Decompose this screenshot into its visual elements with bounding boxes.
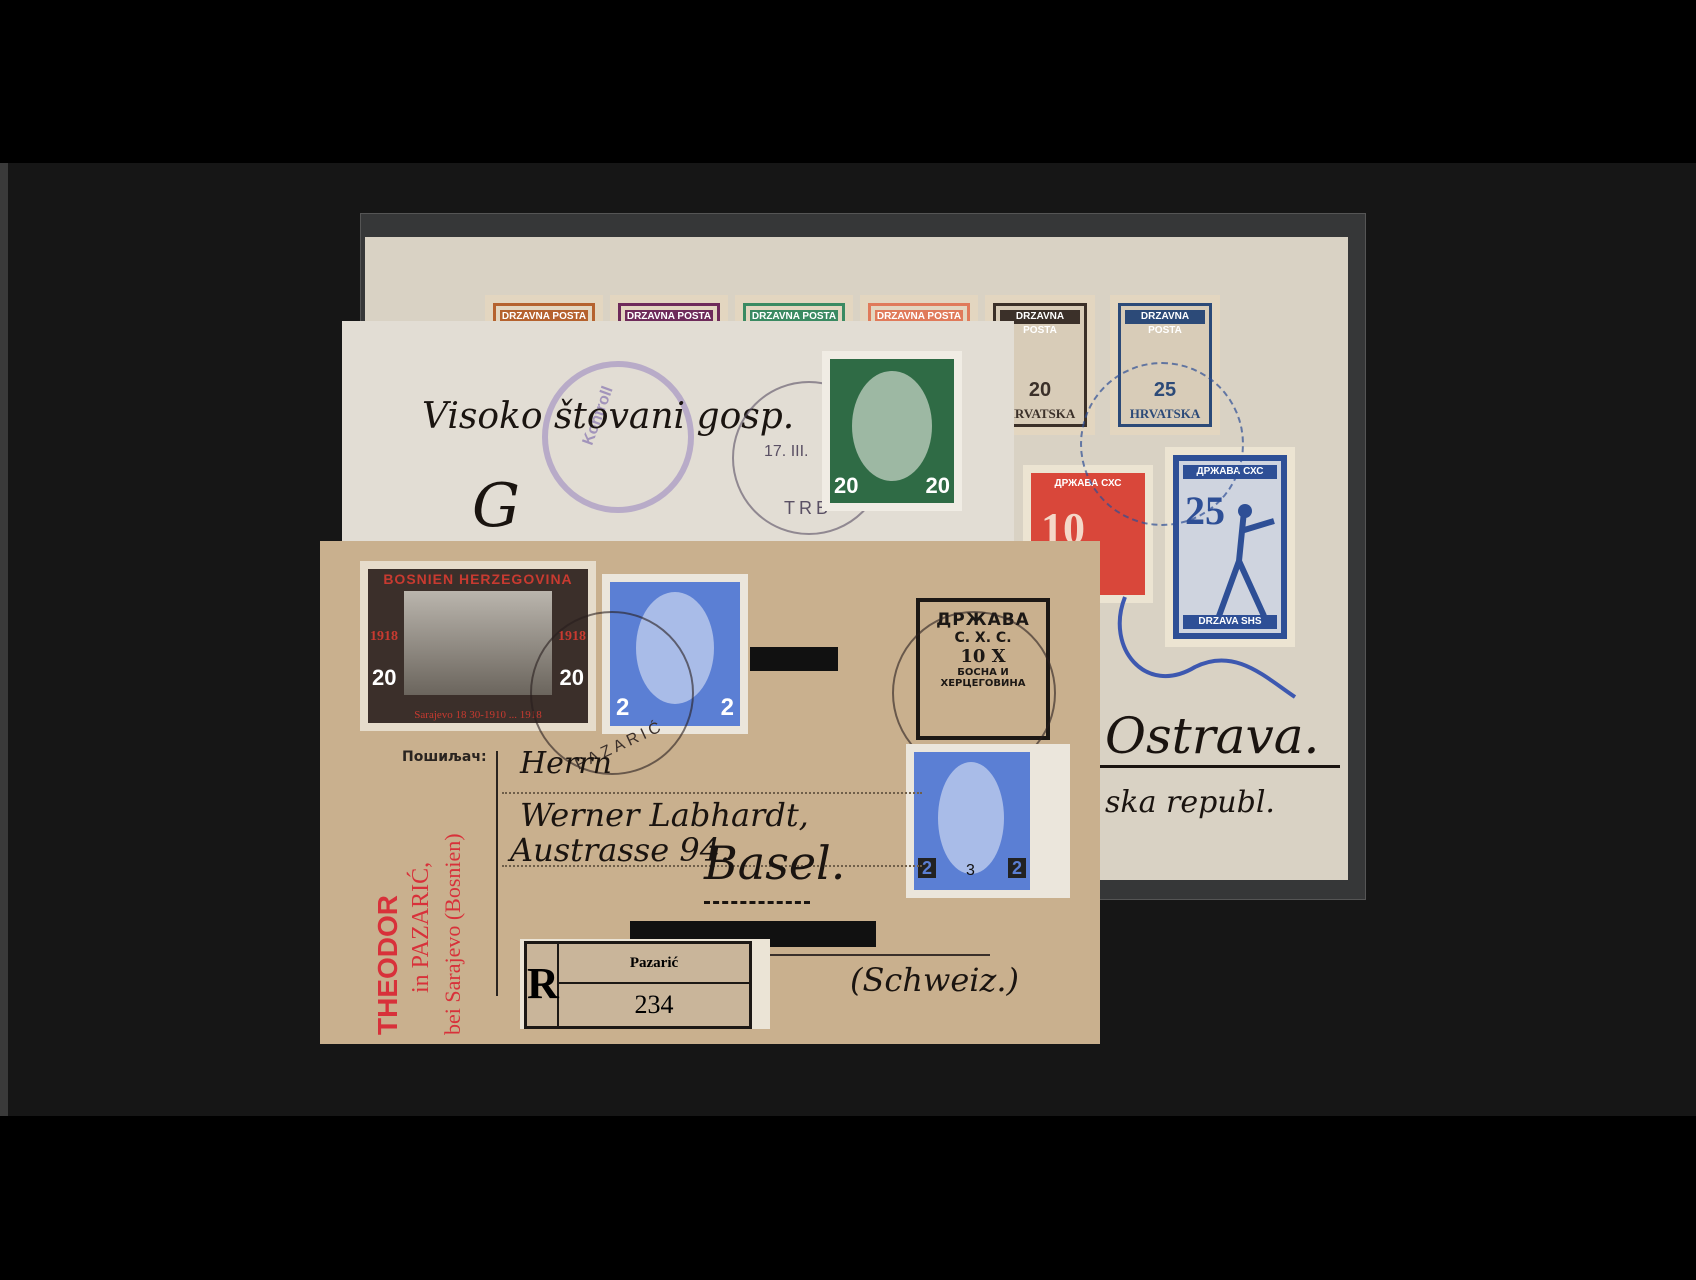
sender-region: bei Sarajevo (Bosnien) [440,833,466,1035]
address-line3: Austrasse 94. [510,831,730,869]
postmark-blue [1080,362,1244,526]
address-line2: Werner Labhardt, [520,796,809,834]
divider-line [496,751,498,996]
address-country: ska republ. [1105,785,1275,820]
stamp-imperf-3-on-2: 2 2 3 [906,744,1070,898]
mostar-bridge-image [404,591,552,695]
addressee-initial: G [472,471,520,541]
blue-crayon-mark [1105,587,1305,707]
sender-town: in PAZARIĆ, [408,862,435,993]
registration-label: R Pazarić 234 [524,941,752,1029]
censor-mark: Kontroll [542,361,694,513]
address-city: Ostrava. [1105,707,1319,765]
address-city: Basel. [704,836,845,890]
stamp-green-20: 20 20 [822,351,962,511]
album-edge [0,163,8,1116]
city-underline [1100,765,1340,768]
address-rule [740,954,990,956]
city-underline [704,897,810,904]
redaction-bar [750,647,838,671]
registered-postcard: BOSNIEN HERZEGOVINA 1918 1918 20 20 Sara… [320,541,1100,1044]
address-country: (Schweiz.) [850,961,1019,999]
address-rule [502,792,922,794]
portrait-icon [938,762,1004,874]
sender-label: Пошиљач: [402,749,487,765]
portrait-icon [852,371,932,481]
middle-envelope: Kontroll Visoko štovani gosp. G 17. III.… [342,321,1014,545]
address-line1: Herrn [520,746,612,781]
sender-name: THEODOR [372,895,404,1035]
